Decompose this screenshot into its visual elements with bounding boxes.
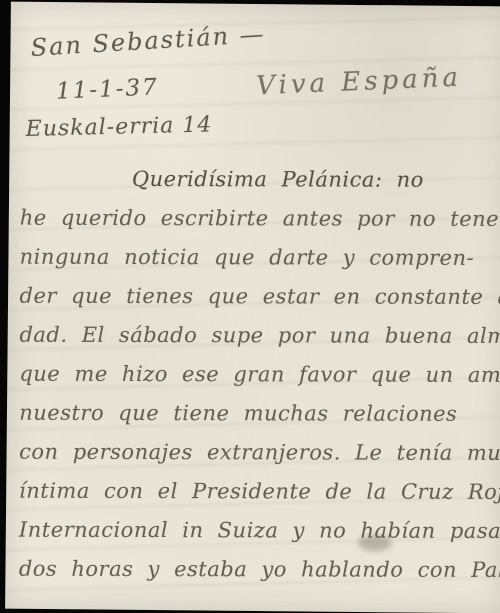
address-line: Euskal-erria 14 xyxy=(25,112,212,142)
motto-line: Viva España xyxy=(256,63,463,102)
letter-line: con personajes extranjeros. Le tenía muy xyxy=(19,433,500,473)
letter-line: nuestro que tiene muchas relaciones xyxy=(19,394,500,434)
date-line: 11-1-37 xyxy=(56,74,160,104)
letter-paper: San Sebastián — 11-1-37 Viva España Eusk… xyxy=(5,2,500,613)
ink-smudge xyxy=(358,535,392,551)
letter-line: Queridísima Pelánica: no xyxy=(20,160,500,200)
letter-line: íntima con el Presidente de la Cruz Roja xyxy=(19,472,500,512)
letter-line: der que tienes que estar en constante an… xyxy=(20,277,500,317)
letter-line: Internacional in Suiza y no habían pasad… xyxy=(19,511,500,551)
letter-line: dos horas y estaba yo hablando con Pablo xyxy=(19,550,500,590)
letter-line: que me hizo ese gran favor que un amigo xyxy=(19,355,500,395)
letter-line: dad. El sábado supe por una buena alma xyxy=(19,316,500,356)
letter-line: ninguna noticia que darte y compren- xyxy=(20,238,500,278)
letter-scan: San Sebastián — 11-1-37 Viva España Eusk… xyxy=(0,0,500,613)
letter-line: he querido escribirte antes por no tener xyxy=(20,199,500,239)
letter-body: Queridísima Pelánica: no he querido escr… xyxy=(19,160,500,590)
place-line: San Sebastián — xyxy=(30,20,266,62)
